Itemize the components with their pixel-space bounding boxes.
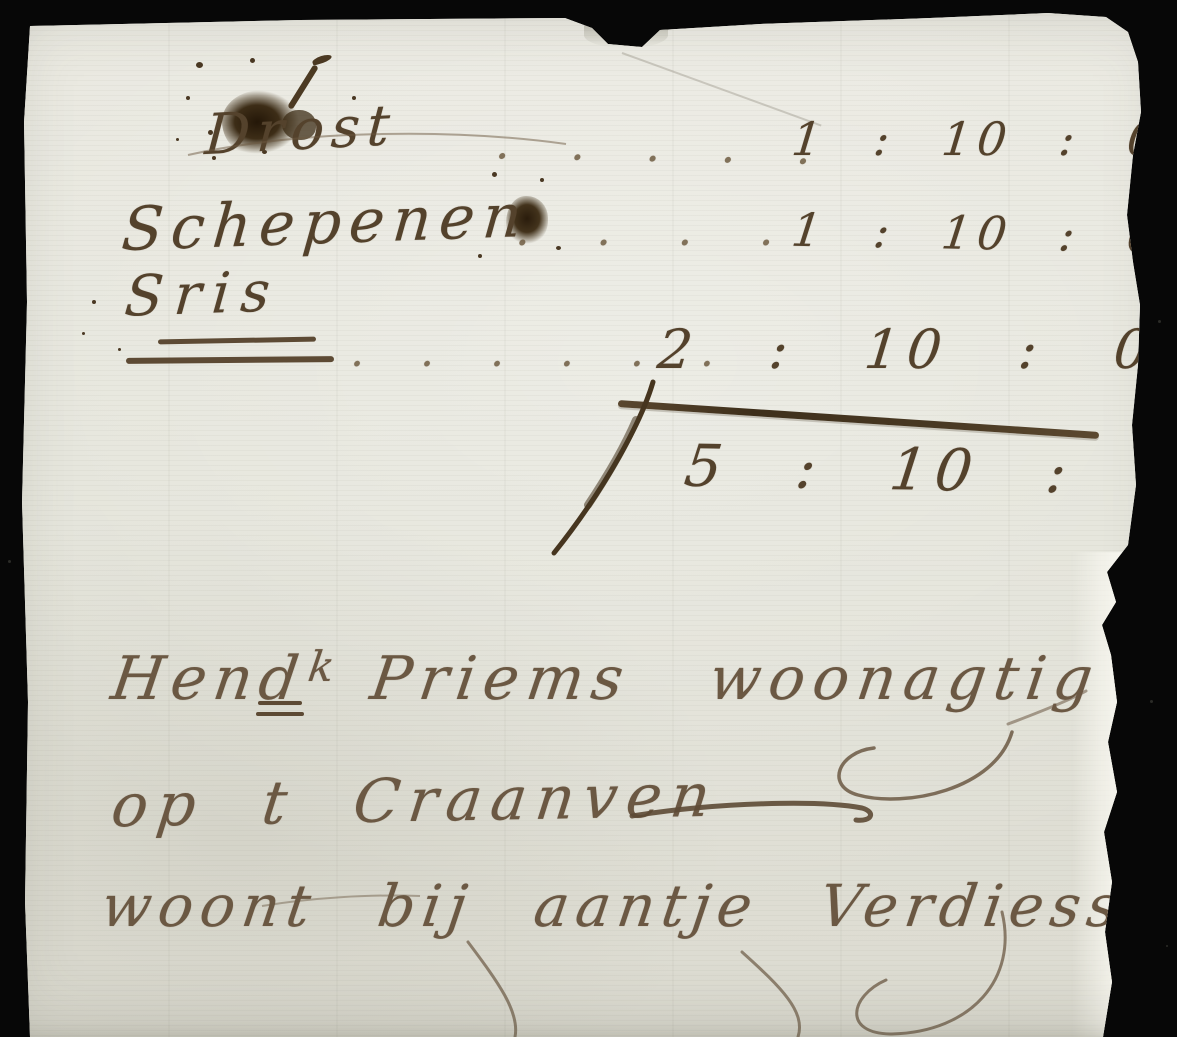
- scan-dust-speck: [1166, 945, 1168, 947]
- paper-edge-vignette: [0, 0, 1177, 1037]
- scan-dust-speck: [8, 560, 11, 563]
- scan-dust-speck: [1150, 700, 1153, 703]
- scan-dust-speck: [1158, 320, 1161, 323]
- manuscript-paper: Drost . . . . . 1 : 10 : 0 Schepenen . .…: [0, 0, 1177, 1037]
